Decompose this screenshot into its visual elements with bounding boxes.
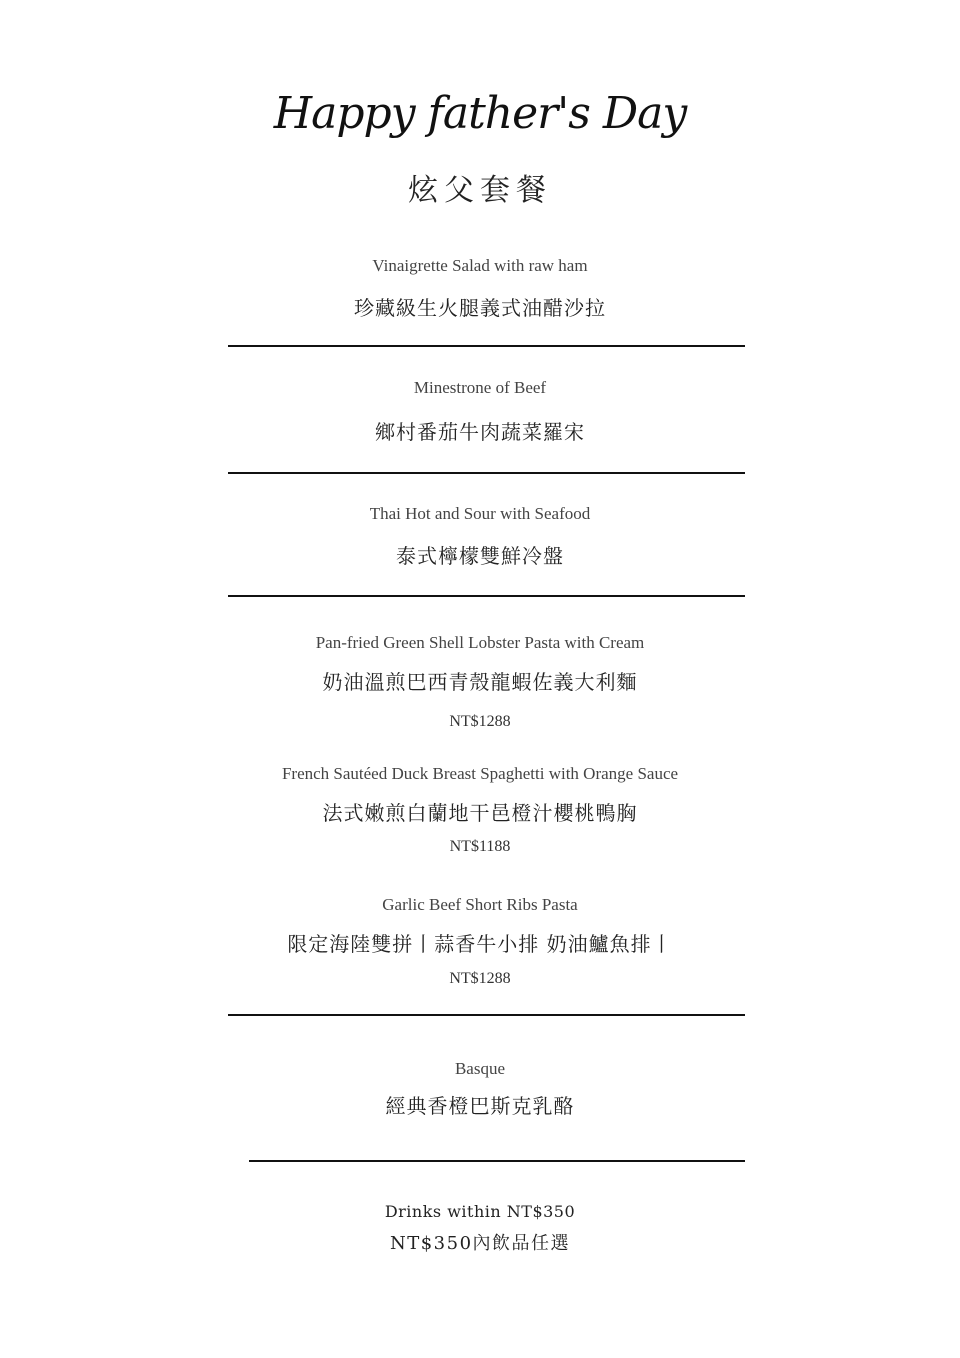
course-2-zh: 鄉村番茄牛肉蔬菜羅宋 [0,416,960,445]
course-1-en: Vinaigrette Salad with raw ham [0,256,960,276]
divider [249,1160,745,1162]
main-3-zh: 限定海陸雙拼丨蒜香牛小排 奶油鱸魚排丨 [0,928,960,957]
main-3-price: NT$1288 [0,970,960,988]
divider [228,472,745,474]
dessert-en: Basque [0,1059,960,1079]
main-1-price: NT$1288 [0,713,960,731]
main-2-zh: 法式嫩煎白蘭地干邑橙汁櫻桃鴨胸 [0,797,960,826]
chinese-title: 炫父套餐 [0,165,960,209]
main-1-en: Pan-fried Green Shell Lobster Pasta with… [0,633,960,653]
divider [228,595,745,597]
course-2-en: Minestrone of Beef [0,378,960,398]
course-3-zh: 泰式檸檬雙鮮冷盤 [0,540,960,569]
main-2-price: NT$1188 [0,838,960,856]
script-title: Happy father's Day [0,88,960,139]
drinks-en: Drinks within NT$350 [0,1202,960,1221]
main-2-en: French Sautéed Duck Breast Spaghetti wit… [0,764,960,784]
drinks-zh: NT$350內飲品任選 [0,1229,960,1255]
dessert-zh: 經典香橙巴斯克乳酪 [0,1090,960,1119]
course-3-en: Thai Hot and Sour with Seafood [0,504,960,524]
main-3-en: Garlic Beef Short Ribs Pasta [0,895,960,915]
course-1-zh: 珍藏級生火腿義式油醋沙拉 [0,292,960,321]
divider [228,345,745,347]
divider [228,1014,745,1016]
main-1-zh: 奶油溫煎巴西青殼龍蝦佐義大利麵 [0,666,960,695]
